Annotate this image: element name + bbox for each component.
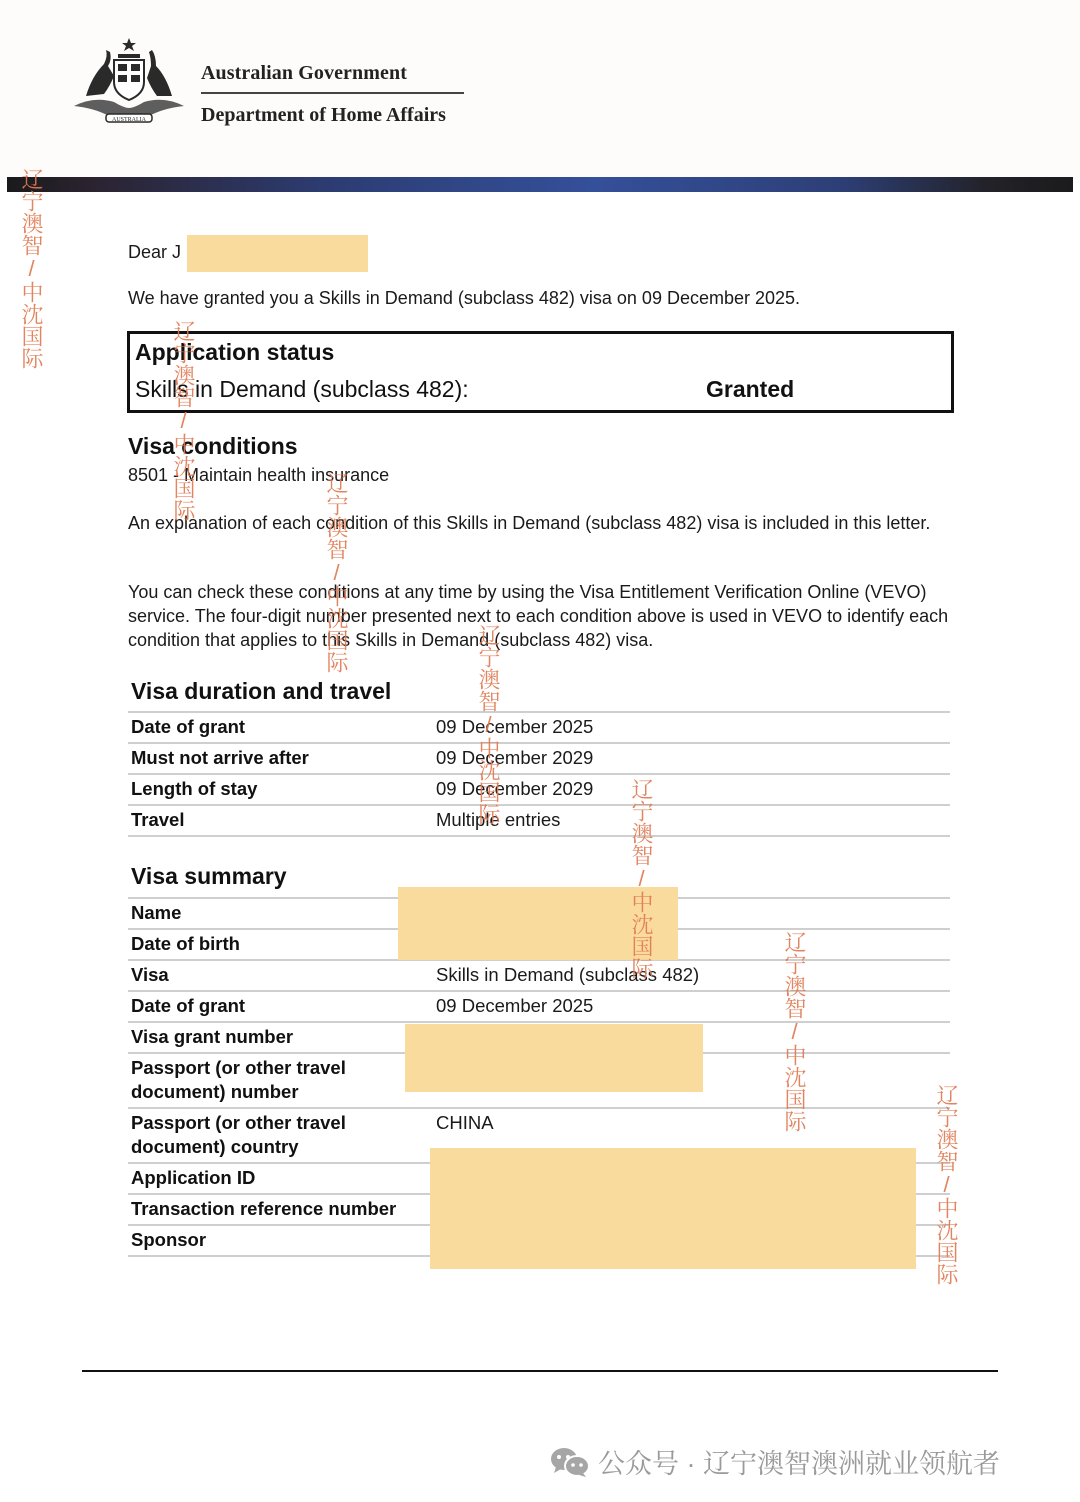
government-name: Australian Government [201, 62, 407, 85]
watermark: 辽宁澳智/中沈国际 [630, 778, 654, 979]
watermark: 辽宁澳智/中沈国际 [783, 931, 807, 1132]
watermark: 辽宁澳智/中沈国际 [477, 624, 501, 825]
wechat-icon [548, 1446, 592, 1478]
commonwealth-coat-of-arms-icon: AUSTRALIA [66, 36, 192, 128]
row-label: Length of stay [131, 777, 431, 801]
watermark: 辽宁澳智/中沈国际 [935, 1084, 959, 1285]
table-row: Must not arrive after 09 December 2029 [128, 742, 950, 773]
row-label: Name [131, 901, 431, 925]
row-value: CHINA [436, 1111, 494, 1135]
row-label: Passport (or other travel document) numb… [131, 1056, 431, 1104]
row-value: 09 December 2025 [436, 715, 593, 739]
row-value: 09 December 2029 [436, 746, 593, 770]
footer-brand-text: 公众号 · 辽宁澳智澳洲就业领航者 [598, 1442, 1000, 1481]
vevo-note: You can check these conditions at any ti… [128, 580, 950, 652]
row-value: Skills in Demand (subclass 482) [436, 963, 699, 987]
footer-brand: 公众号 · 辽宁澳智澳洲就业领航者 [548, 1442, 1000, 1481]
row-label: Transaction reference number [131, 1197, 431, 1221]
row-label: Application ID [131, 1166, 431, 1190]
row-value: 09 December 2025 [436, 994, 593, 1018]
visa-duration-title: Visa duration and travel [131, 678, 391, 705]
header-banner [7, 177, 1073, 192]
table-row: Visa Skills in Demand (subclass 482) [128, 959, 950, 990]
grant-sentence: We have granted you a Skills in Demand (… [128, 286, 800, 310]
conditions-explanation: An explanation of each condition of this… [128, 511, 948, 535]
application-status-value: Granted [706, 376, 794, 403]
row-label: Visa grant number [131, 1025, 431, 1049]
svg-text:AUSTRALIA: AUSTRALIA [112, 117, 147, 123]
application-status-title: Application status [135, 339, 334, 366]
footer-divider [82, 1370, 998, 1372]
row-label: Passport (or other travel document) coun… [131, 1111, 431, 1159]
redacted-application-details [430, 1148, 916, 1269]
row-label: Must not arrive after [131, 746, 431, 770]
row-label: Date of grant [131, 994, 431, 1018]
redacted-grant-passport-number [405, 1024, 703, 1092]
visa-condition-item: 8501 - Maintain health insurance [128, 463, 389, 487]
row-label: Travel [131, 808, 431, 832]
table-row: Date of grant 09 December 2025 [128, 711, 950, 742]
row-label: Visa [131, 963, 431, 987]
row-label: Date of grant [131, 715, 431, 739]
row-label: Date of birth [131, 932, 431, 956]
visa-conditions-title: Visa conditions [128, 433, 298, 460]
watermark: 辽宁澳智/中沈国际 [172, 320, 196, 521]
table-row: Length of stay 09 December 2029 [128, 773, 950, 804]
letterhead-divider [201, 92, 464, 94]
redacted-name [187, 235, 368, 272]
row-label: Sponsor [131, 1228, 431, 1252]
visa-duration-table: Date of grant 09 December 2025 Must not … [128, 711, 950, 837]
table-row: Date of grant 09 December 2025 [128, 990, 950, 1021]
department-name: Department of Home Affairs [201, 104, 446, 127]
watermark: 辽宁澳智/中沈国际 [20, 168, 44, 369]
application-status-box: Application status Skills in Demand (sub… [127, 331, 954, 413]
table-row: Travel Multiple entries [128, 804, 950, 837]
watermark: 辽宁澳智/中沈国际 [325, 472, 349, 673]
row-value: 09 December 2029 [436, 777, 593, 801]
visa-summary-title: Visa summary [131, 863, 287, 890]
greeting: Dear J [128, 240, 181, 264]
